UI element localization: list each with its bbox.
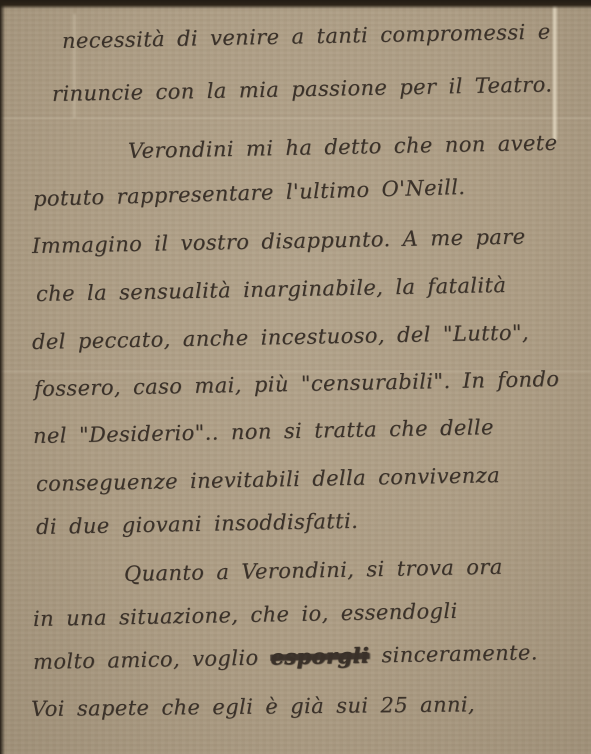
paper-crease-vertical-right bbox=[551, 0, 559, 142]
handwritten-line-12: Quanto a Verondini, si trova ora bbox=[124, 552, 503, 589]
handwritten-line-5: Immagino il vostro disappunto. A me pare bbox=[32, 222, 526, 261]
handwritten-line-9: nel "Desiderio".. non si tratta che dell… bbox=[33, 412, 494, 451]
scan-edge-top bbox=[0, 0, 591, 9]
scan-edge-left bbox=[0, 0, 5, 754]
handwritten-line-15: Voi sapete che egli è già sui 25 anni, bbox=[31, 689, 475, 724]
handwritten-line-10: conseguenze inevitabili della convivenza bbox=[36, 460, 501, 499]
handwritten-line-1: necessità di venire a tanti compromessi … bbox=[62, 17, 551, 56]
handwritten-line-2: rinuncie con la mia passione per il Teat… bbox=[52, 69, 553, 109]
handwritten-line-3: Verondini mi ha detto che non avete bbox=[128, 128, 558, 166]
handwritten-line-6: che la sensualità inarginabile, la fatal… bbox=[36, 270, 507, 309]
handwritten-line-13: in una situazione, che io, essendogli bbox=[33, 596, 458, 634]
handwritten-line-11: di due giovani insoddisfatti. bbox=[36, 506, 359, 542]
handwritten-line-7: del peccato, anche incestuoso, del "Lutt… bbox=[32, 317, 530, 357]
paper-crease-horizontal-1 bbox=[0, 116, 591, 120]
letter-page: necessità di venire a tanti compromessi … bbox=[0, 0, 591, 754]
handwritten-line-4: potuto rappresentare l'ultimo O'Neill. bbox=[33, 172, 466, 214]
handwritten-line-14: molto amico, voglio esporgli sincerament… bbox=[33, 637, 538, 677]
overwritten-word: esporgli bbox=[270, 643, 369, 670]
